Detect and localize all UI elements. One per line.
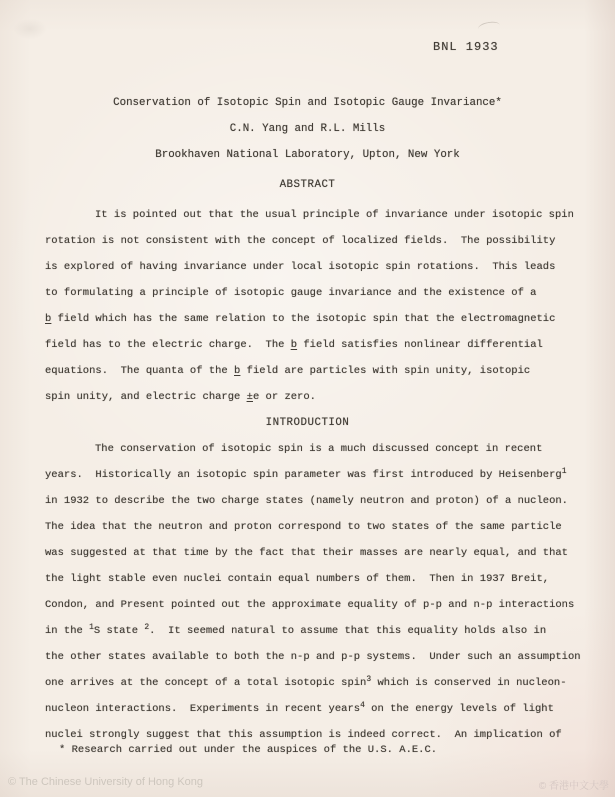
abstract-heading: ABSTRACT: [0, 172, 615, 198]
footnote-marker: *: [59, 744, 72, 756]
text-line: in the 1S state 2. It seemed natural to …: [45, 618, 600, 644]
text-line: The idea that the neutron and proton cor…: [45, 514, 600, 540]
text-line: The conservation of isotopic spin is a m…: [45, 436, 600, 462]
text-line: the other states available to both the n…: [45, 644, 600, 670]
introduction-heading: INTRODUCTION: [0, 410, 615, 436]
footnote: * Research carried out under the auspice…: [59, 740, 437, 760]
text-line: nucleon interactions. Experiments in rec…: [45, 696, 600, 722]
authors: C.N. Yang and R.L. Mills: [0, 116, 615, 142]
affiliation: Brookhaven National Laboratory, Upton, N…: [0, 142, 615, 168]
scanned-paper-page: BNL 1933 Conservation of Isotopic Spin a…: [0, 0, 615, 797]
footnote-text: Research carried out under the auspices …: [72, 744, 437, 756]
abstract-paragraph: It is pointed out that the usual princip…: [45, 202, 600, 410]
text-line: in 1932 to describe the two charge state…: [45, 488, 600, 514]
text-line: It is pointed out that the usual princip…: [45, 202, 600, 228]
paper-title: Conservation of Isotopic Spin and Isotop…: [0, 90, 615, 116]
paper-smudge: [6, 14, 54, 44]
pencil-mark: [477, 20, 500, 34]
text-line: equations. The quanta of the b field are…: [45, 358, 600, 384]
text-line: spin unity, and electric charge ±e or ze…: [45, 384, 600, 410]
watermark-right: © 香港中文大學: [539, 777, 609, 792]
report-number: BNL 1933: [433, 39, 499, 55]
text-line: years. Historically an isotopic spin par…: [45, 462, 600, 488]
watermark-left: © The Chinese University of Hong Kong: [8, 776, 203, 788]
text-line: rotation is not consistent with the conc…: [45, 228, 600, 254]
text-line: to formulating a principle of isotopic g…: [45, 280, 600, 306]
text-line: Condon, and Present pointed out the appr…: [45, 592, 600, 618]
introduction-paragraph: The conservation of isotopic spin is a m…: [45, 436, 600, 748]
text-line: b field which has the same relation to t…: [45, 306, 600, 332]
text-line: is explored of having invariance under l…: [45, 254, 600, 280]
text-line: one arrives at the concept of a total is…: [45, 670, 600, 696]
title-block: Conservation of Isotopic Spin and Isotop…: [0, 90, 615, 168]
text-line: was suggested at that time by the fact t…: [45, 540, 600, 566]
text-line: the light stable even nuclei contain equ…: [45, 566, 600, 592]
text-line: field has to the electric charge. The b …: [45, 332, 600, 358]
